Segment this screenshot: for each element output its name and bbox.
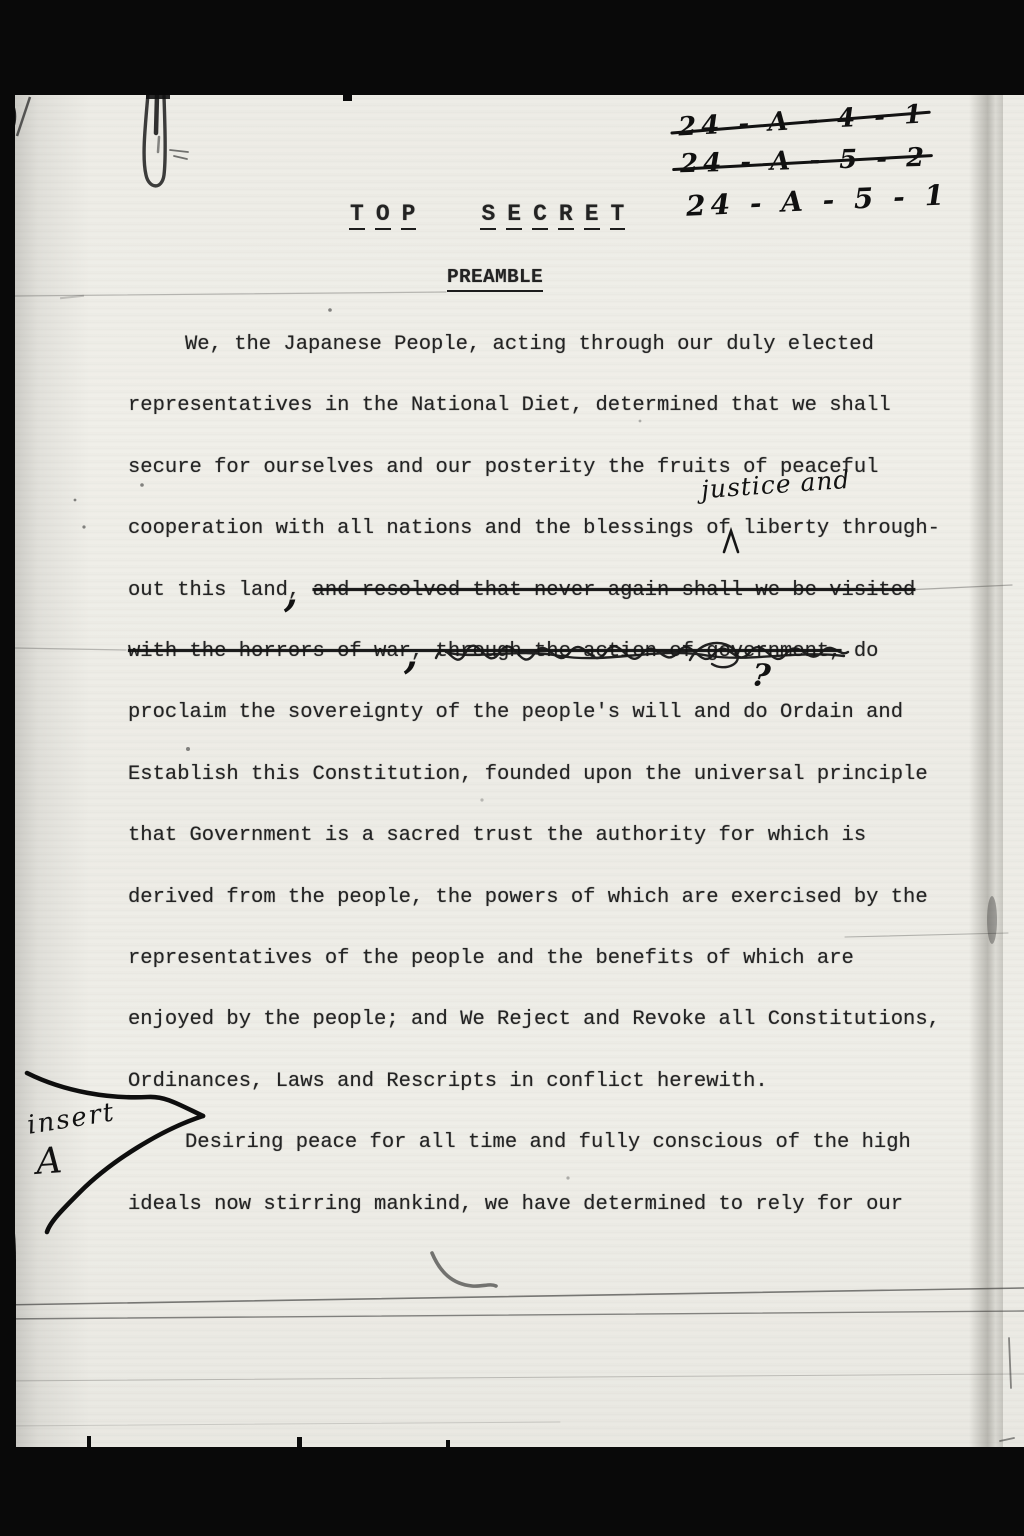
body-line: Ordinances, Laws and Rescripts in confli… xyxy=(128,1068,768,1095)
classification-letter: O xyxy=(375,202,391,230)
classification-letter: T xyxy=(610,202,626,230)
preamble-heading: PREAMBLE xyxy=(447,266,543,292)
margin-note-insert-label: insert xyxy=(25,1097,117,1141)
classification-letter: R xyxy=(558,202,574,230)
body-line: representatives of the people and the be… xyxy=(128,945,854,972)
body-line: out this land, and resolved that never a… xyxy=(128,577,915,604)
body-text-segment: do xyxy=(842,640,879,663)
body-line: Establish this Constitution, founded upo… xyxy=(128,761,928,788)
body-line: representatives in the National Diet, de… xyxy=(128,392,891,419)
page-edge-shadow xyxy=(969,95,1003,1447)
classification-letter: S xyxy=(480,202,496,230)
reference-number: 24 - A - 5 - 1 xyxy=(685,178,949,222)
corner-tick-mark xyxy=(17,97,30,136)
margin-note-insert-letter: A xyxy=(35,1140,64,1183)
pencil-mark xyxy=(432,1253,496,1286)
body-line: Desiring peace for all time and fully co… xyxy=(128,1129,911,1156)
body-text-segment: that Government is a sacred trust the au… xyxy=(128,824,866,847)
body-text-segment: representatives in the National Diet, de… xyxy=(128,394,891,417)
scan-border-bottom xyxy=(0,1447,1024,1536)
body-text-segment: enjoyed by the people; and We Reject and… xyxy=(128,1008,940,1031)
body-text-segment: We, the Japanese People, acting through … xyxy=(185,333,874,356)
classification-letter: T xyxy=(349,202,365,230)
classification-letter: E xyxy=(506,202,522,230)
classification-letter: P xyxy=(401,202,417,230)
reference-number: 24 - A - 4 - 1 xyxy=(677,99,927,142)
scan-border-left xyxy=(0,95,15,1447)
scan-border-top xyxy=(0,0,1024,95)
paper-specks xyxy=(60,295,641,1180)
body-line: that Government is a sacred trust the au… xyxy=(128,822,866,849)
classification-letter: E xyxy=(584,202,600,230)
body-text-segment: derived from the people, the powers of w… xyxy=(128,886,928,909)
body-line: enjoyed by the people; and We Reject and… xyxy=(128,1006,940,1033)
body-text-segment: Establish this Constitution, founded upo… xyxy=(128,763,928,786)
body-line: proclaim the sovereignty of the people's… xyxy=(128,699,903,726)
scanned-document-page: 24 - A - 4 - 124 - A - 5 - 224 - A - 5 -… xyxy=(0,0,1024,1536)
body-text-segment: ideals now stirring mankind, we have det… xyxy=(128,1193,903,1216)
handwritten-comma-after-land: , xyxy=(284,588,298,598)
handwritten-comma-after-war: , xyxy=(404,650,418,660)
word-gap xyxy=(426,202,480,230)
body-text-segment: representatives of the people and the be… xyxy=(128,947,854,970)
classification-heading: TOPSECRET xyxy=(349,202,635,230)
handwritten-query-mark: ? xyxy=(750,657,772,695)
reference-number: 24 - A - 5 - 2 xyxy=(680,143,930,180)
body-text-segment: Ordinances, Laws and Rescripts in confli… xyxy=(128,1070,768,1093)
struck-text-segment: with the horrors of war, through the act… xyxy=(128,640,842,663)
body-text-segment: proclaim the sovereignty of the people's… xyxy=(128,701,903,724)
body-line: derived from the people, the powers of w… xyxy=(128,884,928,911)
struck-text-segment: and resolved that never again shall we b… xyxy=(313,579,916,602)
paperclip-mark xyxy=(144,90,188,186)
body-text-segment: cooperation with all nations and the ble… xyxy=(128,517,940,540)
body-line: ideals now stirring mankind, we have det… xyxy=(128,1191,903,1218)
body-text-segment: Desiring peace for all time and fully co… xyxy=(185,1131,911,1154)
classification-letter: C xyxy=(532,202,548,230)
body-line: We, the Japanese People, acting through … xyxy=(128,331,874,358)
body-line: cooperation with all nations and the ble… xyxy=(128,515,940,542)
